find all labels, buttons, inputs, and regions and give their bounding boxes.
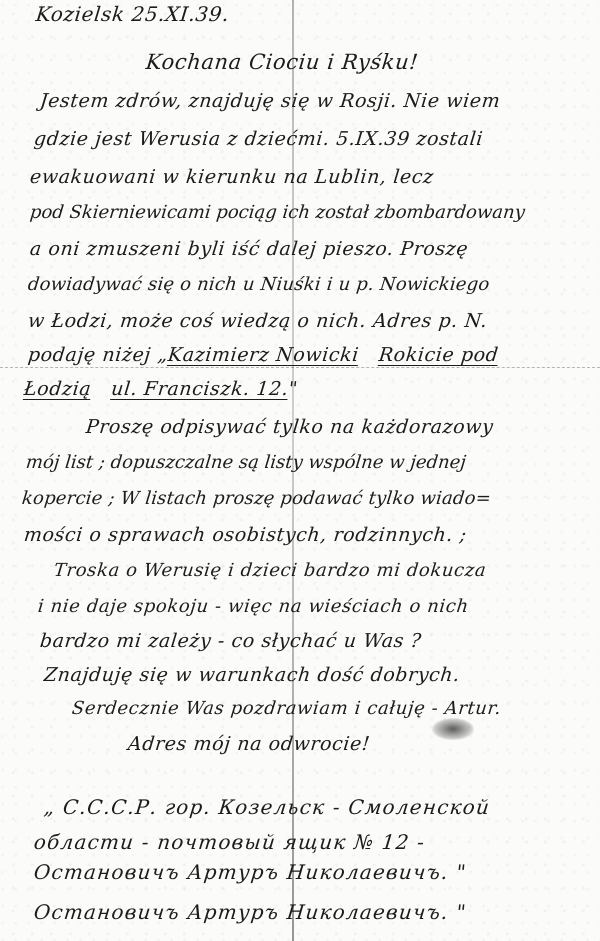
address-line-2: Łodzią ul. Franciszk. 12." bbox=[23, 378, 299, 400]
body-line: podaję niżej bbox=[27, 344, 152, 366]
body-line: a oni zmuszeni byli iść dalej pieszo. Pr… bbox=[29, 238, 470, 260]
ink-smudge bbox=[432, 718, 474, 740]
body2-line: Znajduję się w warunkach dość dobrych. bbox=[43, 664, 461, 686]
return-address-line: „ С.С.С.Р. гор. Козельск - Смоленской bbox=[43, 795, 492, 819]
body2-line: kopercie ; W listach proszę podawać tylk… bbox=[21, 488, 492, 509]
body2-line: Proszę odpisywać tylko na każdorazowy bbox=[85, 416, 495, 438]
body2-line: bardzo mi zależy - co słychać u Was ? bbox=[39, 630, 423, 652]
address-street: ul. Franciszk. 12. bbox=[110, 378, 290, 400]
return-address-line: Остановичъ Артуръ Николаевичъ. " bbox=[33, 860, 468, 884]
address-place: Rokicie pod bbox=[378, 344, 500, 366]
address-line-1: podaję niżej „Kazimierz Nowicki Rokicie … bbox=[27, 344, 500, 366]
salutation: Kochana Ciociu i Ryśku! bbox=[145, 50, 420, 74]
body-line: Jestem zdrów, znajduję się w Rosji. Nie … bbox=[39, 90, 502, 112]
closing-signature: Serdecznie Was pozdrawiam i całuję - Art… bbox=[71, 698, 502, 719]
body-line: dowiadywać się o nich u Niuśki i u p. No… bbox=[27, 274, 491, 295]
return-address-line: области - почтовый ящик № 12 - bbox=[33, 830, 427, 854]
body-line: gdzie jest Werusia z dziećmi. 5.IX.39 zo… bbox=[33, 128, 484, 150]
body2-line: mój list ; dopuszczalne są listy wspólne… bbox=[25, 452, 467, 473]
repeated-name-line: Остановичъ Артуръ Николаевичъ. " bbox=[33, 900, 468, 924]
address-city: Łodzią bbox=[23, 378, 93, 400]
body-line: ewakuowani w kierunku na Lublin, lecz bbox=[29, 166, 435, 188]
body-line: w Łodzi, może coś wiedzą o nich. Adres p… bbox=[27, 310, 489, 332]
body-line: pod Skierniewicami pociąg ich został zbo… bbox=[29, 202, 526, 223]
horizontal-fold-crease bbox=[0, 367, 600, 369]
place-date: Kozielsk 25.XI.39. bbox=[35, 2, 231, 26]
body2-line: i nie daje spokoju - więc na wieściach o… bbox=[37, 596, 470, 617]
return-address-note: Adres mój na odwrocie! bbox=[127, 733, 371, 755]
body2-line: Troska o Werusię i dzieci bardzo mi doku… bbox=[53, 560, 487, 581]
address-name: Kazimierz Nowicki bbox=[167, 344, 360, 366]
body2-line: mości o sprawach osobistych, rodzinnych.… bbox=[23, 524, 468, 546]
